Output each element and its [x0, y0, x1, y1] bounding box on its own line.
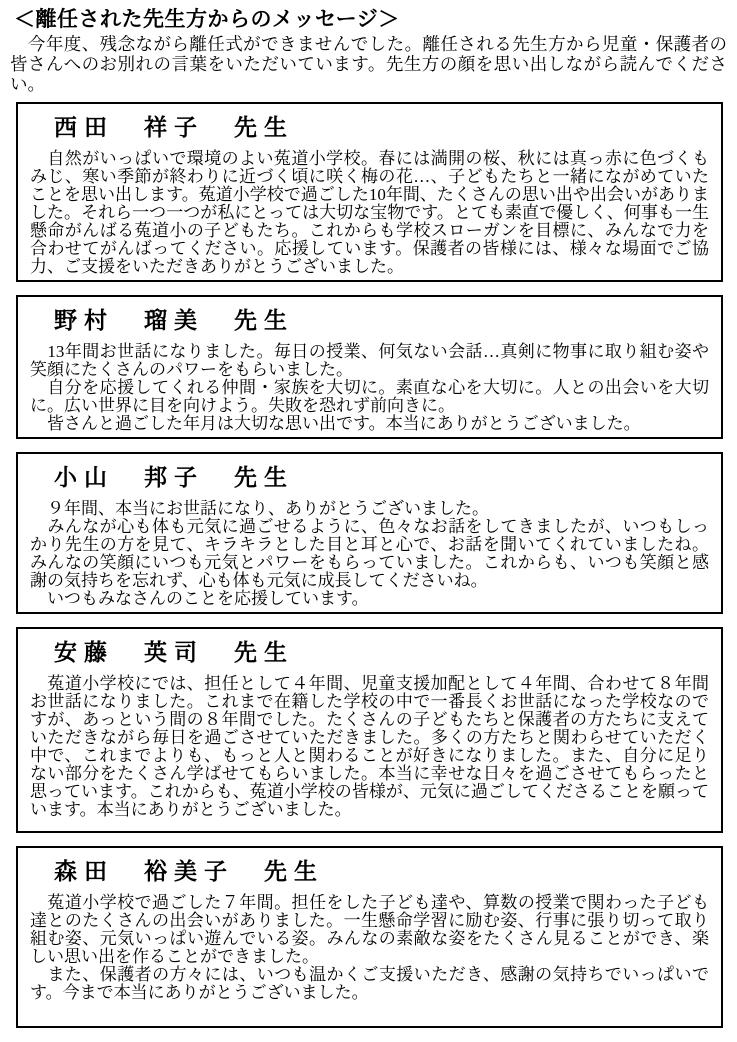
teacher-name: 森田 裕美子 先生 — [54, 858, 709, 884]
teacher-message-card-ando: 安藤 英司 先生 菟道小学校にでは、担任として４年間、児童支援加配として４年間、… — [16, 627, 723, 833]
teacher-message-card-koyama: 小山 邦子 先生 ９年間、本当にお世話になり、ありがとうございました。 みんなが… — [16, 452, 723, 614]
intro-text: 今年度、残念ながら離任式ができませんでした。離任される先生方から児童・保護者の皆… — [10, 34, 727, 94]
teacher-message: ９年間、本当にお世話になり、ありがとうございました。 みんなが心も体も元気に過ご… — [30, 500, 709, 608]
teacher-message-card-morita: 森田 裕美子 先生 菟道小学校で過ごした７年間。担任をした子ども達や、算数の授業… — [16, 846, 723, 1028]
teacher-message-card-nishida: 西田 祥子 先生 自然がいっぱいで環境のよい菟道小学校。春には満開の桜、秋には真… — [16, 102, 723, 282]
teacher-name: 野村 瑠美 先生 — [54, 307, 709, 333]
teacher-message: 菟道小学校にでは、担任として４年間、児童支援加配として４年間、合わせて８年間お世… — [30, 675, 709, 819]
teacher-message: 13年間お世話になりました。毎日の授業、何気ない会話…真剣に物事に取り組む姿や笑… — [30, 343, 709, 433]
teacher-name: 安藤 英司 先生 — [54, 639, 709, 665]
document-page: ＜離任された先生方からのメッセージ＞ 今年度、残念ながら離任式ができませんでした… — [0, 0, 737, 1042]
teacher-message: 菟道小学校で過ごした７年間。担任をした子ども達や、算数の授業で関わった子ども達と… — [30, 894, 709, 1002]
page-title: ＜離任された先生方からのメッセージ＞ — [14, 8, 727, 32]
teacher-message-card-nomura: 野村 瑠美 先生 13年間お世話になりました。毎日の授業、何気ない会話…真剣に物… — [16, 295, 723, 439]
teacher-name: 西田 祥子 先生 — [54, 114, 709, 140]
teacher-name: 小山 邦子 先生 — [54, 464, 709, 490]
teacher-message: 自然がいっぱいで環境のよい菟道小学校。春には満開の桜、秋には真っ赤に色づくもみじ… — [30, 150, 709, 276]
